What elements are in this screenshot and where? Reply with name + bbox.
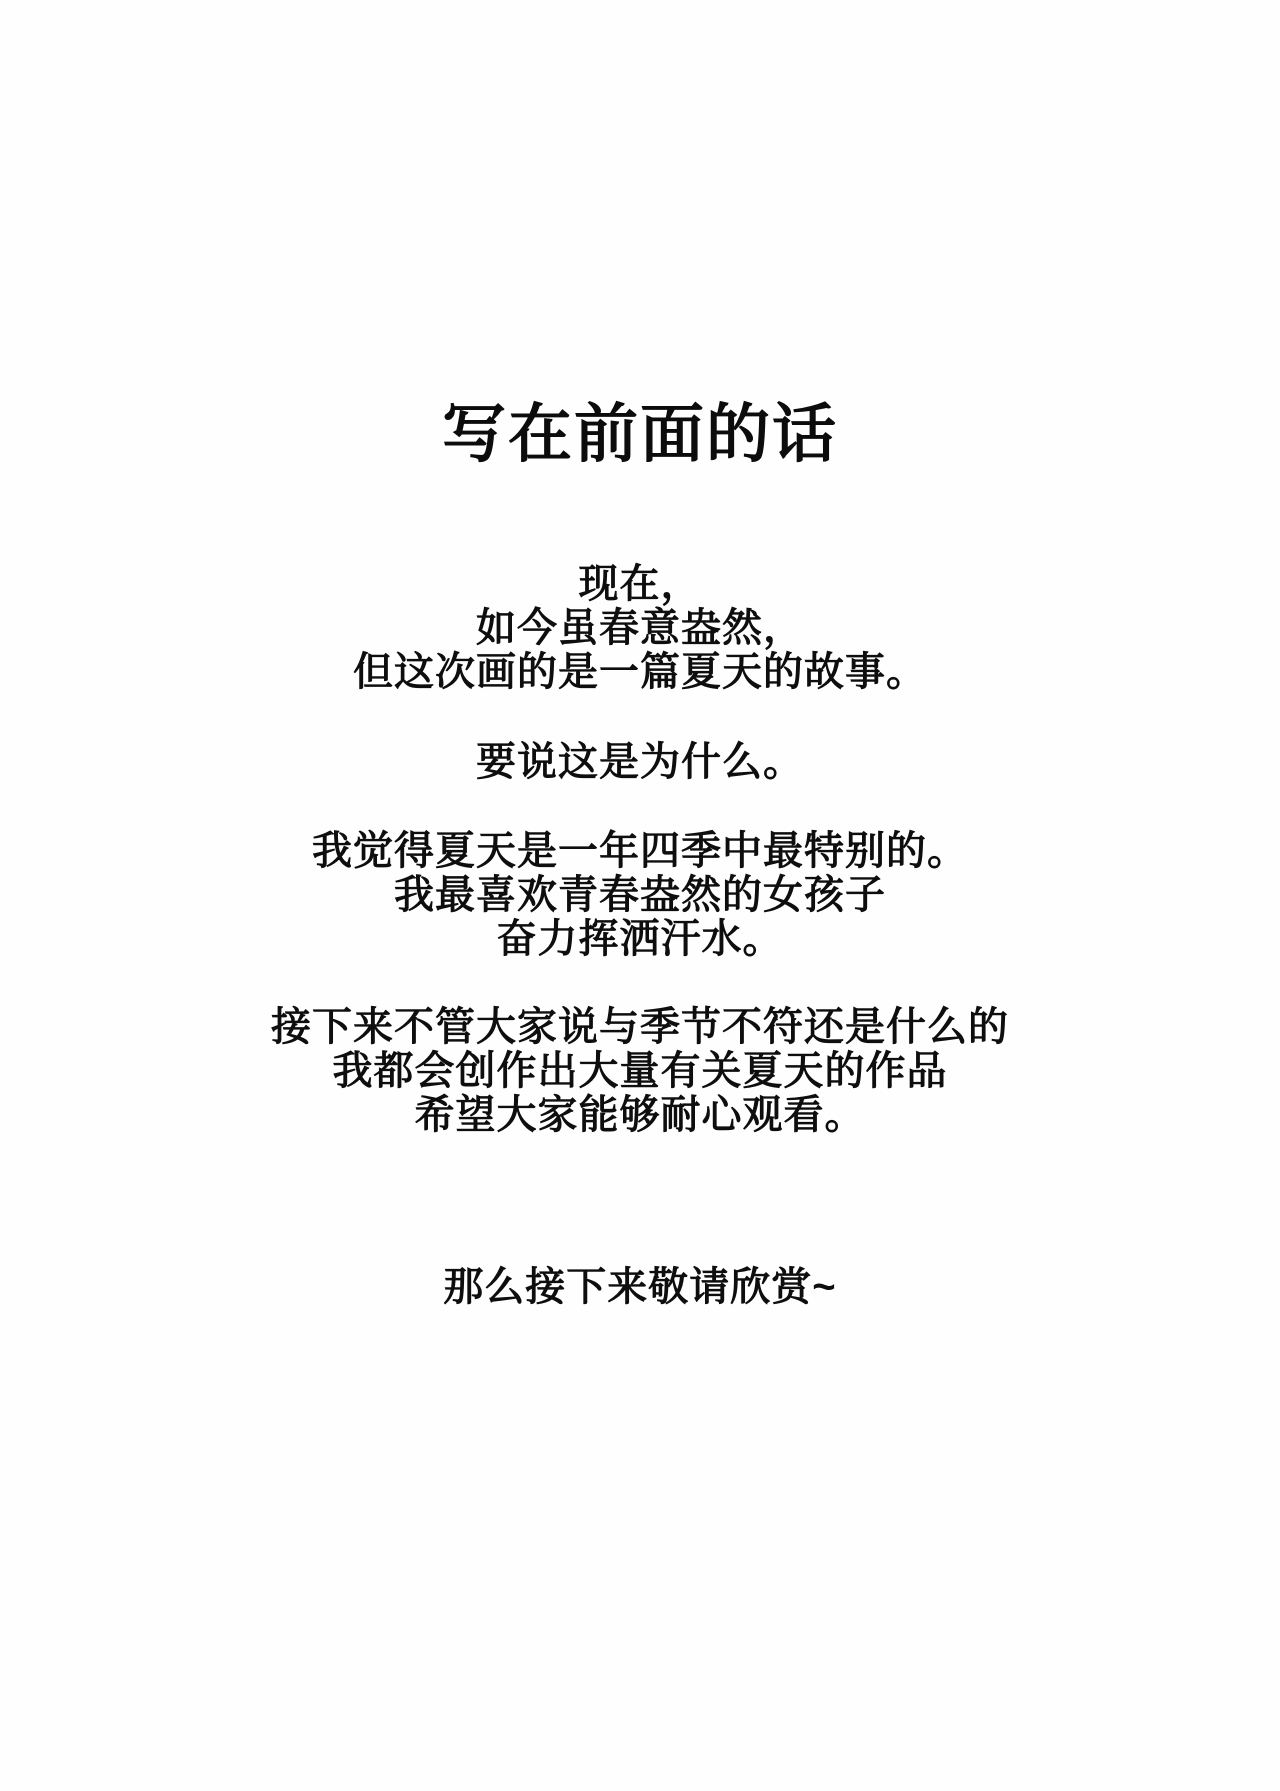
foreword-line: 但这次画的是一篇夏天的故事。	[0, 650, 1280, 694]
paragraph-reason: 我觉得夏天是一年四季中最特别的。 我最喜欢青春盎然的女孩子 奋力挥洒汗水。	[0, 829, 1280, 961]
foreword-line: 我最喜欢青春盎然的女孩子	[0, 873, 1280, 917]
foreword-line: 我觉得夏天是一年四季中最特别的。	[0, 829, 1280, 873]
foreword-page: 写在前面的话 现在， 如今虽春意盎然， 但这次画的是一篇夏天的故事。 要说这是为…	[0, 0, 1280, 1791]
paragraph-promise: 接下来不管大家说与季节不符还是什么的 我都会创作出大量有关夏天的作品 希望大家能…	[0, 1005, 1280, 1137]
closing-line: 那么接下来敬请欣赏~	[0, 1265, 1280, 1309]
foreword-line: 要说这是为什么。	[0, 740, 1280, 784]
foreword-line: 如今虽春意盎然，	[0, 606, 1280, 650]
paragraph-intro: 现在， 如今虽春意盎然， 但这次画的是一篇夏天的故事。	[0, 562, 1280, 694]
foreword-line: 现在，	[0, 562, 1280, 606]
foreword-line: 奋力挥洒汗水。	[0, 917, 1280, 961]
page-title: 写在前面的话	[0, 398, 1280, 470]
foreword-line: 希望大家能够耐心观看。	[0, 1093, 1280, 1137]
foreword-line: 我都会创作出大量有关夏天的作品	[0, 1049, 1280, 1093]
foreword-line: 接下来不管大家说与季节不符还是什么的	[0, 1005, 1280, 1049]
paragraph-question: 要说这是为什么。	[0, 740, 1280, 784]
